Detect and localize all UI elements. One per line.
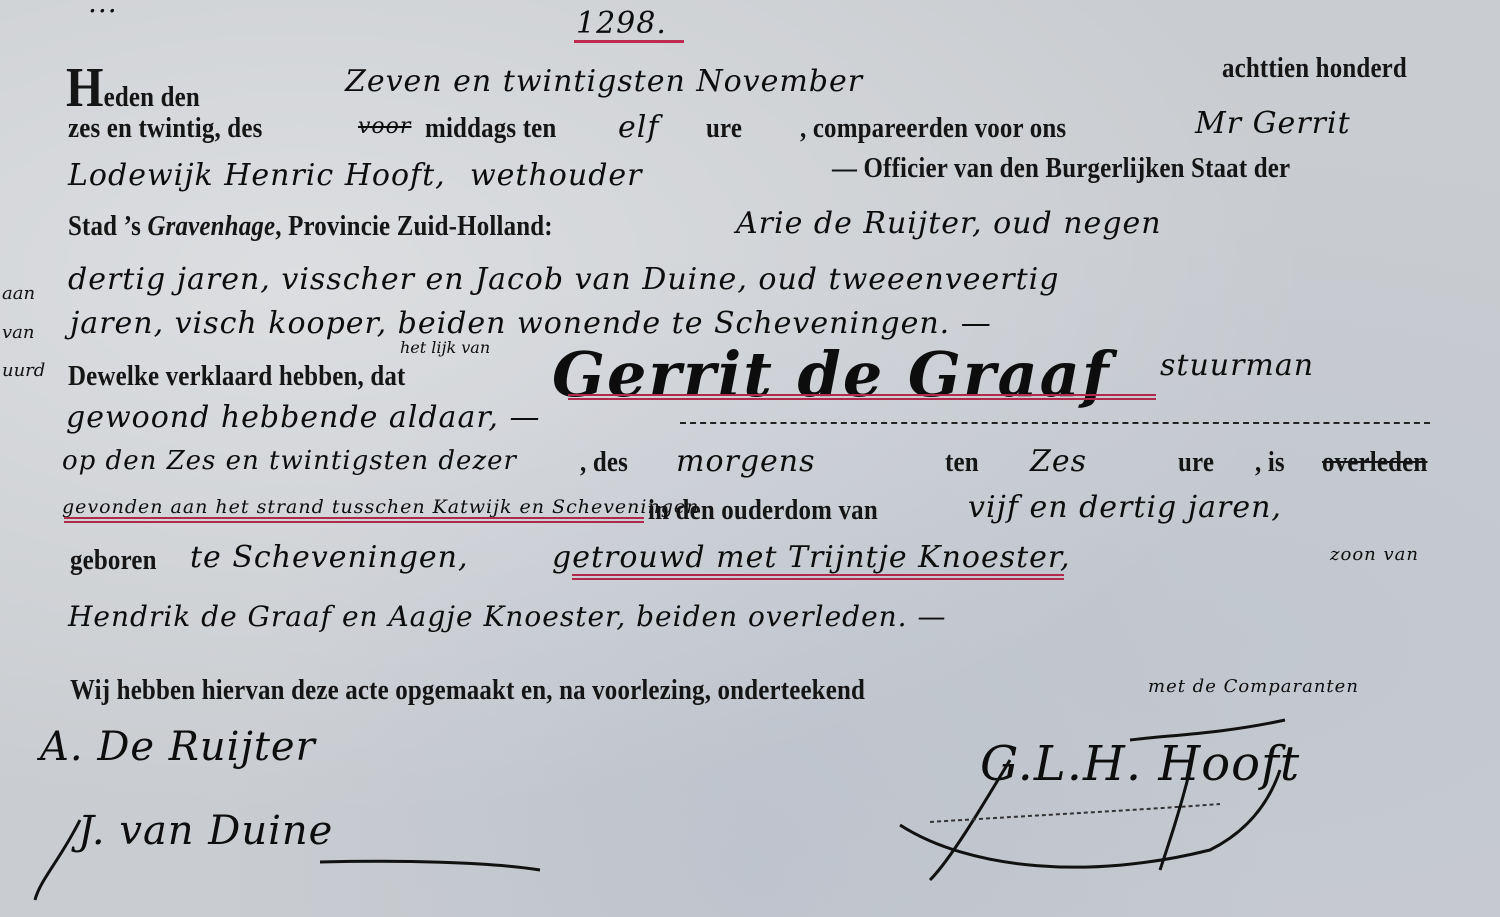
line-1-print-text: eden den <box>104 81 200 113</box>
line-10-print: in den ouderdom van <box>648 494 878 527</box>
province-label: , Provincie Zuid-Holland: <box>275 210 553 242</box>
spouse-underline <box>572 574 1064 580</box>
line-10-found-location: gevonden aan het strand tusschen Katwijk… <box>62 496 699 518</box>
line-9-is: , is <box>1255 446 1285 479</box>
act-number: 1298. <box>576 6 667 41</box>
line-5-witness-details: dertig jaren, visscher en Jacob van Duin… <box>68 262 1059 297</box>
line-2-officer-name-start: Mr Gerrit <box>1195 106 1351 141</box>
line-1-print-start: Heden den <box>66 56 200 120</box>
line-4-witness-1: Arie de Ruijter, oud negen <box>736 206 1162 241</box>
line-8-residence: gewoond hebbende aldaar, — <box>66 400 540 435</box>
line-9-date: op den Zes en twintigsten dezer <box>62 446 517 476</box>
act-number-underline <box>574 40 684 43</box>
line-3-print: — Officier van den Burgerlijken Staat de… <box>832 152 1290 185</box>
line-7-print: Dewelke verklaard hebben, dat <box>68 360 406 393</box>
line-6-witness-occupation: jaren, visch kooper, beiden wonende te S… <box>70 306 992 341</box>
line-13-with-comparants: met de Comparanten <box>1148 676 1359 697</box>
line-2-ure: ure <box>706 112 742 145</box>
line-2-print-d: , compareerden voor ons <box>800 112 1066 145</box>
line-2-struck-voor: voor <box>358 114 411 139</box>
line-8-filler-dash <box>680 422 1430 426</box>
top-cut-fragment: ... <box>88 0 118 19</box>
line-9-ten: ten <box>945 446 979 479</box>
line-9-morning: morgens <box>676 444 816 479</box>
line-1-print-year: achttien honderd <box>1222 52 1407 85</box>
line-2-print-a: zes en twintig, des <box>68 112 262 145</box>
line-2-hour: elf <box>618 110 659 145</box>
line-1-date-handwritten: Zeven en twintigsten November <box>345 64 863 99</box>
margin-note-2: van <box>2 322 35 343</box>
line-9-hour: Zes <box>1030 444 1087 479</box>
line-4-print-a: Stad ’s Gravenhage, Provincie Zuid-Holla… <box>68 210 553 243</box>
deceased-name-underline <box>568 394 1156 400</box>
city-name: Gravenhage <box>147 210 275 242</box>
line-9-struck-overleden: overleden <box>1322 446 1427 479</box>
line-11-geboren: geboren <box>70 544 157 577</box>
line-12-parents: Hendrik de Graaf en Aagje Knoester, beid… <box>68 600 946 633</box>
signature-witness-2-flourish <box>20 800 540 910</box>
line-7-insertion: het lijk van <box>400 338 490 357</box>
signature-officer-flourish <box>890 730 1390 890</box>
line-9-des: , des <box>580 446 628 479</box>
line-3-officer-title: wethouder <box>470 158 643 193</box>
deceased-name: Gerrit de Graaf <box>552 338 1111 411</box>
found-location-underline <box>64 517 644 523</box>
drop-cap: H <box>66 57 104 119</box>
line-3-officer-name: Lodewijk Henric Hooft, <box>68 158 446 193</box>
margin-note-3: uurd <box>2 360 45 381</box>
death-certificate-document: ... 1298. Heden den Zeven en twintigsten… <box>0 0 1500 917</box>
line-11-spouse: getrouwd met Trijntje Knoester, <box>552 540 1071 575</box>
line-9-ure: ure <box>1178 446 1214 479</box>
line-2-print-b: middags ten <box>425 112 556 145</box>
stad-label: Stad ’s <box>68 210 141 242</box>
line-13-closing: Wij hebben hiervan deze acte opgemaakt e… <box>70 674 865 707</box>
line-11-birthplace: te Scheveningen, <box>190 540 469 575</box>
margin-note-1: aan <box>2 283 35 304</box>
deceased-occupation: stuurman <box>1160 348 1314 383</box>
signature-witness-1: A. De Ruijter <box>40 724 316 770</box>
line-10-age: vijf en dertig jaren, <box>968 490 1282 525</box>
line-11-zoon-van: zoon van <box>1330 544 1419 565</box>
